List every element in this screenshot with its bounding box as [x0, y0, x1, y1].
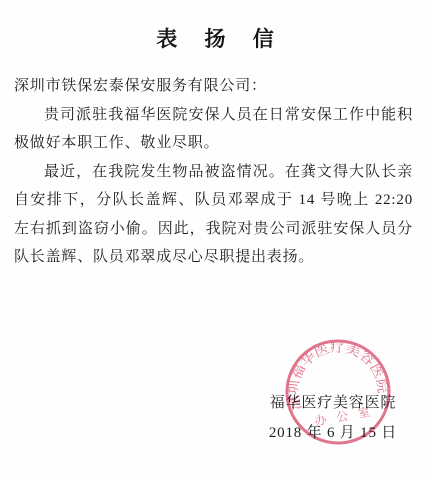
letter-salutation: 深圳市铁保宏泰保安服务有限公司： [14, 72, 413, 101]
commendation-letter-page: 表 扬 信 深圳市铁保宏泰保安服务有限公司： 贵司派驻我福华医院安保人员在日常安… [0, 0, 430, 479]
letter-date: 2018 年 6 月 15 日 [258, 418, 408, 448]
letter-body: 深圳市铁保宏泰保安服务有限公司： 贵司派驻我福华医院安保人员在日常安保工作中能积… [14, 72, 413, 272]
letter-title: 表 扬 信 [0, 23, 430, 53]
letter-paragraph: 贵司派驻我福华医院安保人员在日常安保工作中能积极做好本职工作、敬业尽职。 [14, 101, 413, 158]
signature-hospital-name: 福华医疗美容医院 [258, 388, 408, 418]
letter-paragraph: 最近，在我院发生物品被盗情况。在龚文得大队长亲自安排下，分队长盖辉、队员邓翠成于… [14, 158, 413, 272]
signature-block: 福华医疗美容医院 2018 年 6 月 15 日 [258, 388, 408, 448]
